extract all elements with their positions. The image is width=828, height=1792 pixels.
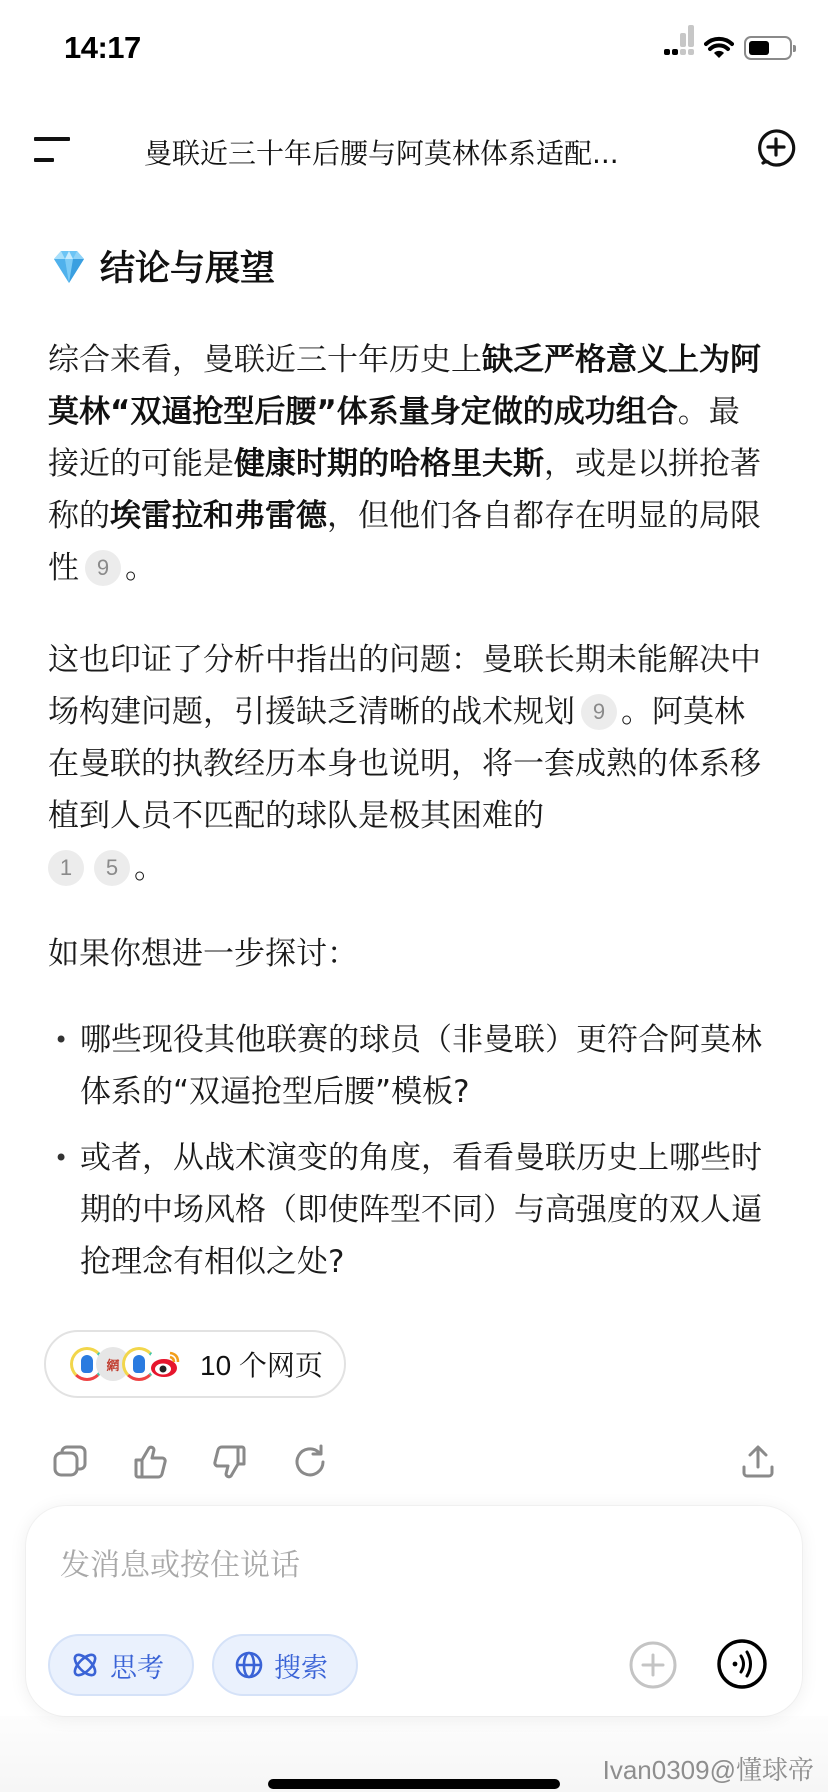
citation-badge[interactable]: 9	[85, 550, 121, 586]
share-icon	[736, 1440, 780, 1484]
text-span: 。	[125, 550, 156, 586]
text-span: 。	[134, 850, 165, 886]
voice-button[interactable]	[716, 1638, 768, 1690]
voice-wave-icon	[716, 1638, 768, 1690]
search-toggle[interactable]: 搜索	[212, 1634, 358, 1696]
followup-item: 或者，从战术演变的角度，看看曼联历史上哪些时期的中场风格（即使阵型不同）与高强度…	[48, 1132, 768, 1288]
thumbs-down-icon	[208, 1440, 252, 1484]
status-bar: 14:17	[0, 0, 828, 100]
message-composer: 思考 搜索	[26, 1506, 802, 1716]
citation-badge[interactable]: 9	[581, 694, 617, 730]
watermark: Ivan0309@懂球帝	[603, 1750, 814, 1787]
section-title: 结论与展望	[100, 241, 275, 291]
message-input[interactable]	[60, 1548, 660, 1583]
plus-circle-icon	[628, 1640, 678, 1690]
bold-text: 埃雷拉和弗雷德	[110, 498, 327, 534]
followup-item: 哪些现役其他联赛的球员（非曼联）更符合阿莫林体系的“双逼抢型后腰”模板?	[48, 1014, 768, 1118]
home-indicator[interactable]	[268, 1779, 560, 1789]
think-label: 思考	[110, 1646, 164, 1685]
wifi-icon	[704, 36, 734, 60]
sources-count: 10 个网页	[200, 1344, 323, 1384]
status-icons	[664, 36, 792, 60]
bold-text: 健康时期的哈格里夫斯	[234, 446, 544, 482]
new-chat-icon	[754, 126, 798, 170]
regenerate-button[interactable]	[288, 1440, 332, 1484]
followup-list: 哪些现役其他联赛的球员（非曼联）更符合阿莫林体系的“双逼抢型后腰”模板? 或者，…	[48, 1014, 768, 1288]
attach-button[interactable]	[628, 1640, 678, 1690]
citation-badge[interactable]: 1	[48, 850, 84, 886]
text-span: 综合来看，曼联近三十年历史上	[48, 342, 482, 378]
analysis-paragraph: 这也印证了分析中指出的问题：曼联长期未能解决中场构建问题，引援缺乏清晰的战术规划…	[48, 634, 768, 894]
copy-icon	[48, 1440, 92, 1484]
sources-button[interactable]: 網 10 个网页	[44, 1330, 346, 1398]
section-heading: 结论与展望	[48, 236, 768, 296]
globe-icon	[234, 1650, 264, 1680]
followup-intro: 如果你想进一步探讨：	[48, 928, 768, 980]
atom-icon	[70, 1650, 100, 1680]
message-actions	[48, 1440, 780, 1484]
think-toggle[interactable]: 思考	[48, 1634, 194, 1696]
status-time: 14:17	[64, 30, 141, 66]
assistant-message: 结论与展望 综合来看，曼联近三十年历史上缺乏严格意义上为阿莫林“双逼抢型后腰”体…	[48, 236, 768, 1302]
search-label: 搜索	[274, 1646, 328, 1685]
battery-icon	[744, 36, 792, 60]
chat-header: 曼联近三十年后腰与阿莫林体系适配...	[0, 112, 828, 184]
refresh-icon	[288, 1440, 332, 1484]
conclusion-paragraph: 综合来看，曼联近三十年历史上缺乏严格意义上为阿莫林“双逼抢型后腰”体系量身定做的…	[48, 334, 768, 594]
citation-badge[interactable]: 5	[94, 850, 130, 886]
like-button[interactable]	[128, 1440, 172, 1484]
cellular-signal-icon	[664, 41, 694, 55]
dislike-button[interactable]	[208, 1440, 252, 1484]
thumbs-up-icon	[128, 1440, 172, 1484]
gem-stone-icon	[48, 245, 90, 287]
copy-button[interactable]	[48, 1440, 92, 1484]
weibo-icon	[148, 1347, 182, 1381]
source-icons: 網	[70, 1347, 174, 1381]
conversation-title[interactable]: 曼联近三十年后腰与阿莫林体系适配...	[144, 132, 684, 172]
new-chat-button[interactable]	[754, 126, 798, 170]
menu-button[interactable]	[30, 130, 74, 166]
share-button[interactable]	[736, 1440, 780, 1484]
